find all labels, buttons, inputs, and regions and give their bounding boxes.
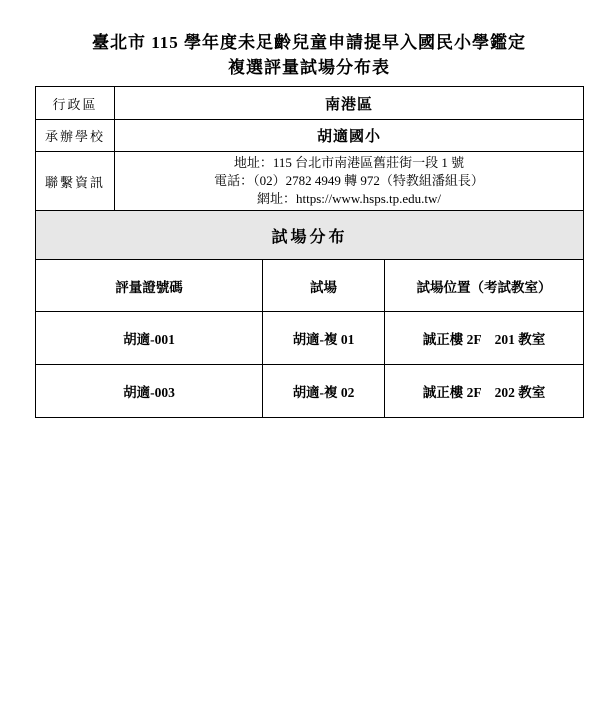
school-value: 胡適國小: [115, 120, 584, 152]
school-row: 承辦學校 胡適國小: [36, 120, 584, 152]
district-row: 行政區 南港區: [36, 87, 584, 120]
contact-phone: 電話：（02）2782 4949 轉 972（特教組潘組長）: [115, 172, 583, 190]
school-label: 承辦學校: [36, 120, 115, 152]
room-location: 誠正樓 2F 202 教室: [385, 365, 584, 418]
section-banner-row: 試場分布: [36, 211, 584, 260]
exam-table-header-row: 評量證號碼 試場 試場位置（考試教室）: [36, 260, 584, 312]
document-page: 臺北市 115 學年度未足齡兒童申請提早入國民小學鑑定 複選評量試場分布表 行政…: [0, 0, 611, 708]
title-line-1: 臺北市 115 學年度未足齡兒童申請提早入國民小學鑑定: [35, 30, 583, 55]
header-room-location: 試場位置（考試教室）: [385, 260, 584, 312]
district-value: 南港區: [115, 87, 584, 120]
contact-website: 網址：https://www.hsps.tp.edu.tw/: [115, 190, 583, 208]
title-line-2: 複選評量試場分布表: [35, 55, 583, 80]
certificate-number: 胡適-001: [36, 312, 263, 365]
table-row: 胡適-003 胡適-複 02 誠正樓 2F 202 教室: [36, 365, 584, 418]
district-label: 行政區: [36, 87, 115, 120]
certificate-number: 胡適-003: [36, 365, 263, 418]
exam-room: 胡適-複 02: [263, 365, 385, 418]
room-location: 誠正樓 2F 201 教室: [385, 312, 584, 365]
document-title: 臺北市 115 學年度未足齡兒童申請提早入國民小學鑑定 複選評量試場分布表: [35, 30, 583, 80]
contact-address: 地址：115 台北市南港區舊莊街一段 1 號: [115, 154, 583, 172]
contact-info-cell: 地址：115 台北市南港區舊莊街一段 1 號 電話：（02）2782 4949 …: [115, 152, 584, 211]
header-certificate-number: 評量證號碼: [36, 260, 263, 312]
contact-label: 聯繫資訊: [36, 152, 115, 211]
section-banner: 試場分布: [36, 211, 584, 260]
exam-distribution-table: 行政區 南港區 承辦學校 胡適國小 聯繫資訊 地址：115 台北市南港區舊莊街一…: [35, 86, 584, 418]
header-exam-room: 試場: [263, 260, 385, 312]
contact-row: 聯繫資訊 地址：115 台北市南港區舊莊街一段 1 號 電話：（02）2782 …: [36, 152, 584, 211]
exam-room: 胡適-複 01: [263, 312, 385, 365]
table-row: 胡適-001 胡適-複 01 誠正樓 2F 201 教室: [36, 312, 584, 365]
